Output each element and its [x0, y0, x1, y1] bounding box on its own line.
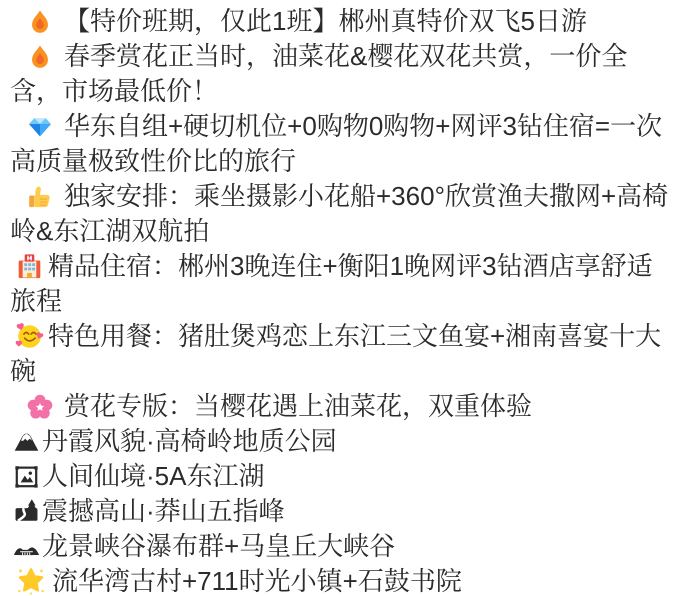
national-park-icon: [13, 498, 40, 525]
smiling-face-with-hearts-icon: [15, 322, 44, 351]
item-text: 独家安排：乘坐摄影小花船+360°欣赏渔夫撒网+高椅岭&东江湖双航拍: [10, 181, 668, 246]
list-item: 赏花专版：当樱花遇上油菜花，双重体验: [10, 389, 678, 424]
item-text: 龙景峡谷瀑布群+马皇丘大峡谷: [42, 531, 395, 561]
cherry-blossom-icon: [27, 394, 53, 420]
list-item: 龙景峡谷瀑布群+马皇丘大峡谷: [10, 529, 678, 564]
item-text: 丹霞风貌·高椅岭地质公园: [42, 426, 337, 456]
item-text: 精品住宿：郴州3晚连住+衡阳1晚网评3钻酒店享舒适旅程: [10, 251, 653, 316]
list-item: 特色用餐：猪肚煲鸡恋上东江三文鱼宴+湘南喜宴十大碗: [10, 319, 678, 389]
list-item: 精品住宿：郴州3晚连住+衡阳1晚网评3钻酒店享舒适旅程: [10, 249, 678, 319]
mountains-icon: [13, 533, 40, 560]
item-text: 赏花专版：当樱花遇上油菜花，双重体验: [64, 391, 532, 421]
list-item: 丹霞风貌·高椅岭地质公园: [10, 424, 678, 459]
hotel-icon: [15, 252, 44, 281]
item-text: 春季赏花正当时，油菜花&樱花双花共赏，一价全含，市场最低价！: [10, 41, 627, 106]
mount-fuji-icon: [13, 428, 40, 455]
item-text: 人间仙境·5A东江湖: [42, 461, 264, 491]
glowing-star-icon: [17, 567, 45, 595]
list-item: 人间仙境·5A东江湖: [10, 459, 678, 494]
fire-icon: [27, 9, 53, 35]
list-item: 流华湾古村+711时光小镇+石鼓书院: [10, 564, 678, 596]
fire-icon: [27, 44, 53, 70]
framed-picture-icon: [13, 463, 40, 490]
list-item: 华东自组+硬切机位+0购物0购物+网评3钻住宿=一次高质量极致性价比的旅行: [10, 109, 678, 179]
list-item: 春季赏花正当时，油菜花&樱花双花共赏，一价全含，市场最低价！: [10, 39, 678, 109]
list-item: 【特价班期，仅此1班】郴州真特价双飞5日游: [10, 4, 678, 39]
thumbs-up-icon: [27, 184, 53, 210]
item-text: 特色用餐：猪肚煲鸡恋上东江三文鱼宴+湘南喜宴十大碗: [10, 321, 661, 386]
item-text: 【特价班期，仅此1班】郴州真特价双飞5日游: [64, 6, 587, 36]
item-text: 华东自组+硬切机位+0购物0购物+网评3钻住宿=一次高质量极致性价比的旅行: [10, 111, 662, 176]
item-text: 震撼高山·莽山五指峰: [42, 496, 285, 526]
gem-icon: [27, 114, 53, 140]
list-item: 震撼高山·莽山五指峰: [10, 494, 678, 529]
item-text: 流华湾古村+711时光小镇+石鼓书院: [52, 566, 462, 596]
tour-description: 【特价班期，仅此1班】郴州真特价双飞5日游 春季赏花正当时，油菜花&樱花双花共赏…: [0, 0, 694, 596]
list-item: 独家安排：乘坐摄影小花船+360°欣赏渔夫撒网+高椅岭&东江湖双航拍: [10, 179, 678, 249]
